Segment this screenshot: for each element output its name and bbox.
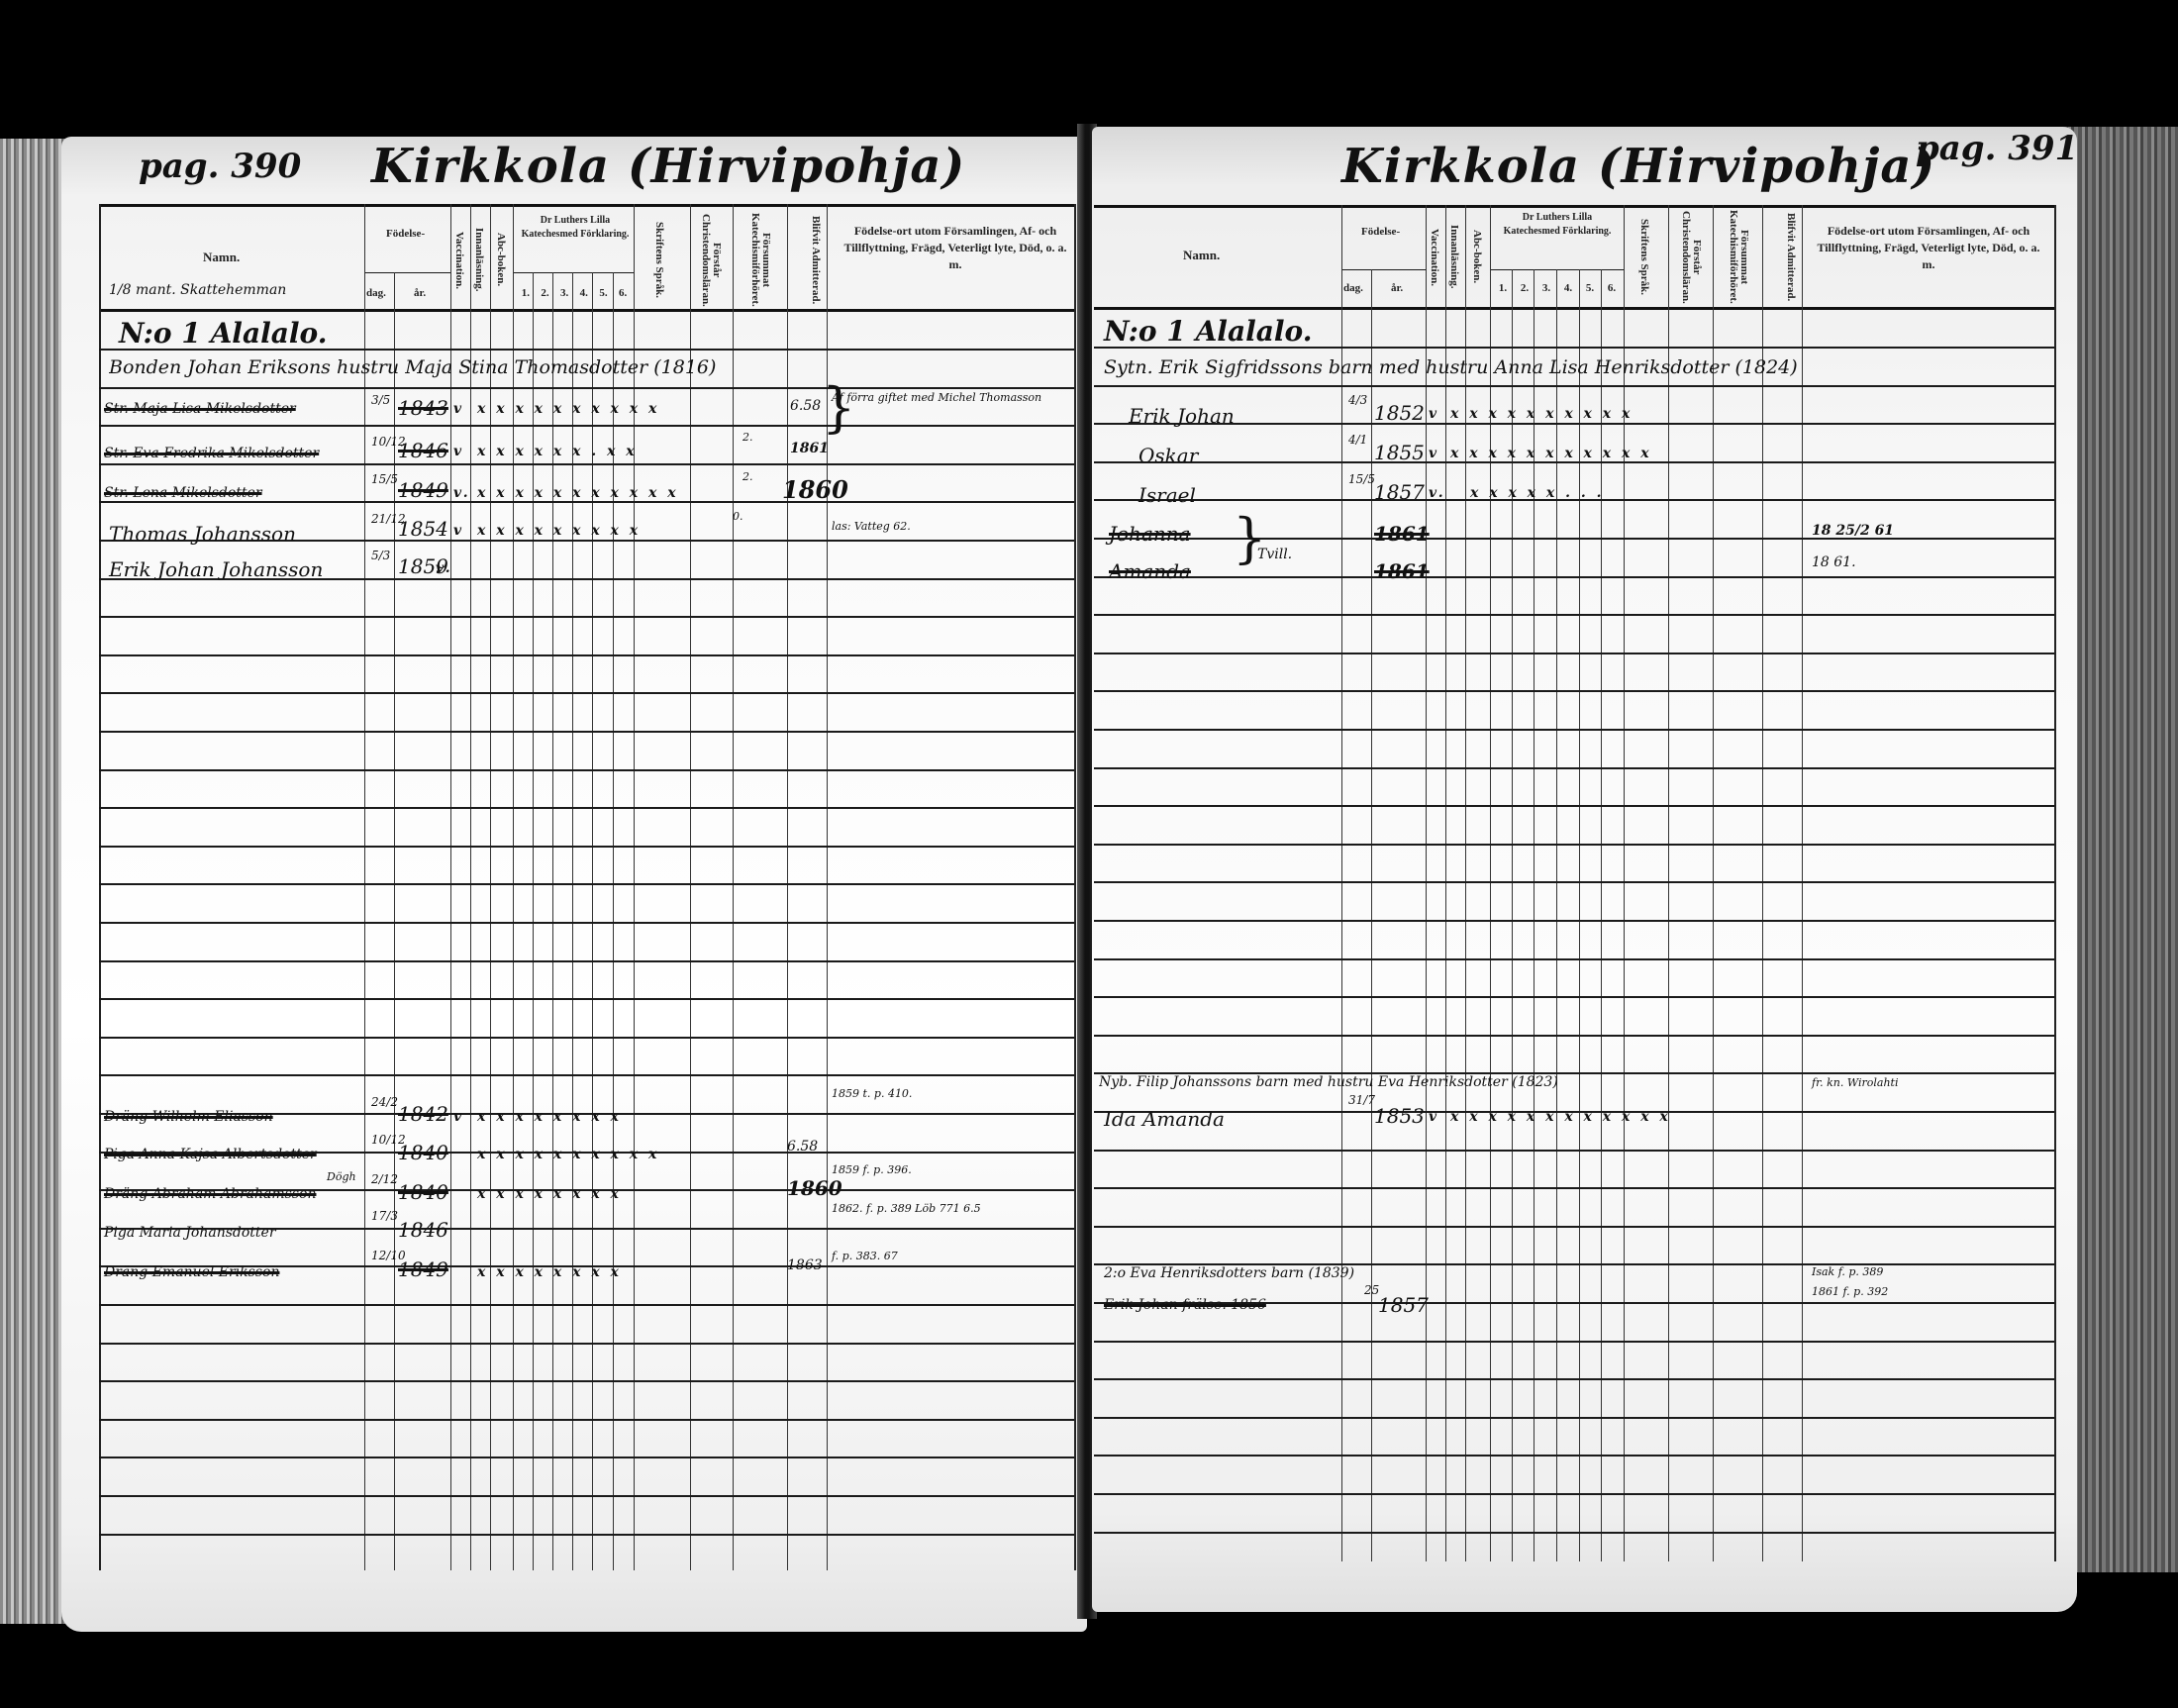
column-header-birth: Födelse- (1361, 226, 1400, 238)
remarks: f. p. 383. 67 (832, 1250, 898, 1262)
household-head-right-3: 2:o Eva Henriksdotters barn (1839) (1104, 1265, 1354, 1281)
row-rule (99, 425, 1074, 427)
column-header-vaccination: Vaccination. (1429, 210, 1439, 304)
column-header-name: Namn. (203, 250, 240, 265)
row-rule (1094, 844, 2054, 846)
birth-year: 1843 (398, 396, 448, 420)
header-top-rule (1094, 205, 2054, 208)
birth-sub-rule (364, 272, 450, 273)
birth-year: 1846 (398, 1218, 448, 1242)
column-header-admitted: Blifvit Admitterad. (797, 213, 821, 307)
column-header-scripture: Skriftens Språk. (653, 213, 664, 307)
row-rule (1094, 805, 2054, 807)
catechism-marks: x x x x x x x x (477, 1186, 622, 1202)
person-name: Erik Johan frälse. 1856 (1104, 1297, 1266, 1313)
vaccination-mark: v (1429, 1109, 1439, 1125)
col-rule (470, 204, 471, 1570)
left-table-border (99, 204, 101, 1570)
column-header-remarks: Födelse-ort utom Församlingen, Af- och T… (1810, 223, 2047, 273)
right-page (1092, 127, 2077, 1612)
catechism-marks: x x x x x x x x (477, 1109, 622, 1125)
row-rule (1094, 385, 2054, 387)
vaccination-mark: v (453, 523, 464, 539)
section-title-right: N:o 1 Alalalo. (1104, 315, 1312, 348)
birth-year: 1861 (1374, 559, 1430, 583)
row-rule (1094, 1493, 2054, 1495)
catechism-col-2: 2. (541, 287, 548, 299)
row-rule (99, 387, 1074, 389)
vaccination-mark: v. (1429, 485, 1446, 501)
person-name: Johanna (1109, 522, 1191, 546)
row-rule (99, 1495, 1074, 1497)
understands-value: 2. (742, 470, 753, 483)
catechism-col-6: 6. (619, 287, 627, 299)
row-rule (99, 846, 1074, 848)
row-rule (99, 654, 1074, 656)
column-header-admitted: Blifvit Admitterad. (1772, 210, 1796, 304)
remarks: 1861 f. p. 392 (1812, 1285, 1888, 1298)
row-rule (99, 1419, 1074, 1421)
birth-year: 1852 (1374, 401, 1425, 425)
catechism-marks: x x x x x . . . (1470, 485, 1604, 501)
row-rule (1094, 996, 2054, 998)
row-rule (1094, 423, 2054, 425)
household-head-right-2: Nyb. Filip Johanssons barn med hustru Ev… (1099, 1074, 1812, 1090)
column-header-catechism: Dr Luthers Lilla Katechesmed Förklaring. (1493, 211, 1622, 239)
col-rule (450, 204, 451, 1570)
remarks: las: Vatteg 62. (832, 520, 911, 533)
admitted-year: 1861 (790, 441, 829, 456)
vaccination-mark: v. (436, 560, 453, 576)
column-header-neglected: Försummat Katechismiförhöret. (747, 213, 771, 307)
birth-day: 4/1 (1348, 434, 1367, 447)
birth-sub-rule (1341, 269, 1426, 270)
birth-year: 1840 (398, 1141, 448, 1164)
admitted-year: 1863 (787, 1257, 823, 1273)
catechism-col-2: 2. (1521, 282, 1529, 294)
person-name: Dräng Abraham Abrahamsson (104, 1186, 316, 1202)
birth-year: 1842 (398, 1102, 448, 1126)
person-name: Str. Lena Mikelsdotter (104, 485, 262, 501)
birth-day: 31/7 (1348, 1094, 1375, 1107)
catechism-marks: x x x x x x x x x (477, 523, 641, 539)
catechism-col-4: 4. (1564, 282, 1572, 294)
row-rule (1094, 1187, 2054, 1189)
catechism-col-5: 5. (1586, 282, 1594, 294)
column-header-abc: Abc-boken. (495, 213, 506, 307)
person-name: Thomas Johansson (109, 522, 296, 546)
row-rule (1094, 576, 2054, 578)
column-header-name-note: 1/8 mant. Skattehemman (109, 282, 286, 298)
row-rule (1094, 1532, 2054, 1534)
row-rule (99, 769, 1074, 771)
person-name: Dräng Wilhelm Eliasson (104, 1109, 273, 1125)
remarks: 1859 t. p. 410. (832, 1087, 912, 1100)
twins-note: Tvill. (1257, 547, 1292, 562)
column-header-birth: Födelse- (386, 228, 425, 240)
bracket-mark: } (822, 376, 855, 439)
household-head-right: Sytn. Erik Sigfridssons barn med hustru … (1104, 356, 2049, 378)
row-rule (1094, 690, 2054, 692)
birth-year: 1861 (1374, 522, 1430, 546)
remarks: 18 61. (1812, 554, 1856, 570)
birth-year: 1855 (1374, 441, 1425, 464)
catechism-marks: x x x x x x x x x x x (477, 485, 679, 501)
catechism-col-1: 1. (1499, 282, 1507, 294)
remarks: Isak f. p. 389 (1812, 1265, 1883, 1278)
remarks: 18 25/2 61 (1812, 523, 1894, 539)
birth-day: 4/3 (1348, 394, 1367, 407)
row-rule (99, 731, 1074, 733)
row-rule (99, 1037, 1074, 1039)
birth-day: 5/3 (371, 550, 390, 562)
row-rule (99, 501, 1074, 503)
column-header-reading: Innanläsning. (473, 213, 484, 307)
row-rule (99, 960, 1074, 962)
book-page-edges-right (2064, 127, 2178, 1572)
header-bottom-rule (1094, 307, 2054, 310)
household-head-left: Bonden Johan Eriksons hustru Maja Stina … (109, 356, 822, 378)
admitted-year: 6.58 (787, 1139, 818, 1155)
birth-year: 1840 (398, 1180, 448, 1204)
section-title-left: N:o 1 Alalalo. (119, 317, 327, 350)
catechism-col-4: 4. (580, 287, 588, 299)
birth-year: 1849 (398, 478, 448, 502)
person-name: Dräng Emanuel Eriksson (104, 1264, 279, 1280)
birth-day: 15/5 (371, 473, 398, 486)
row-rule (99, 1380, 1074, 1382)
birth-day: 3/5 (371, 394, 390, 407)
birth-year: 1846 (398, 439, 448, 462)
row-rule (1094, 881, 2054, 883)
birth-day: 17/3 (371, 1210, 398, 1223)
birth-day: 2/12 (371, 1173, 398, 1186)
row-rule (99, 692, 1074, 694)
column-header-abc: Abc-boken. (1471, 210, 1482, 304)
remarks: 1859 f. p. 396. (832, 1163, 912, 1176)
row-rule (99, 922, 1074, 924)
row-rule (1094, 1378, 2054, 1380)
admitted-year: 1860 (787, 1176, 842, 1200)
column-header-birth-day: dag. (1343, 282, 1363, 294)
birth-year: 1854 (398, 517, 448, 541)
right-table-right-border (2054, 205, 2056, 1561)
catechism-col-1: 1. (522, 287, 530, 299)
catechism-col-3: 3. (560, 287, 568, 299)
row-rule (1094, 1341, 2054, 1343)
person-name: Oskar (1138, 444, 1198, 467)
header-bottom-rule (99, 309, 1074, 312)
row-rule (99, 1074, 1074, 1076)
row-rule (1094, 729, 2054, 731)
catechism-col-6: 6. (1608, 282, 1616, 294)
understands-value: 0. (733, 510, 743, 523)
row-rule (99, 616, 1074, 618)
row-rule (1094, 1035, 2054, 1037)
row-rule (99, 998, 1074, 1000)
catechism-marks: x x x x x x x x x x x x (1450, 1109, 1671, 1125)
row-rule (99, 463, 1074, 465)
person-name: Erik Johan (1129, 404, 1235, 428)
catechism-marks: x x x x x x x x (477, 1264, 622, 1280)
row-rule (1094, 1226, 2054, 1228)
birth-year: 1857 (1374, 480, 1425, 504)
vaccination-mark: v (453, 444, 464, 459)
row-rule (1094, 1417, 2054, 1419)
birth-year: 1849 (398, 1257, 448, 1281)
person-name: Str. Maja Lisa Mikelsdotter (104, 401, 296, 417)
row-rule (1094, 920, 2054, 922)
person-name: Str. Eva Fredrika Mikelsdotter (104, 446, 319, 461)
row-rule (99, 883, 1074, 885)
remarks: 1862. f. p. 389 Löb 771 6.5 (832, 1201, 1030, 1216)
row-rule (99, 1534, 1074, 1536)
page-number-left: pag. 390 (139, 147, 301, 186)
person-name: Erik Johan Johansson (109, 557, 323, 581)
person-name: Ida Amanda (1104, 1107, 1225, 1131)
column-header-scripture: Skriftens Språk. (1638, 210, 1649, 304)
page-title-right: Kirkkola (Hirvipohja) (1341, 139, 1935, 194)
vaccination-mark: v. (453, 485, 471, 501)
catechism-sub-rule (513, 272, 634, 273)
row-rule (1094, 1150, 2054, 1152)
birth-day: 15/5 (1348, 473, 1375, 486)
column-header-name: Namn. (1183, 248, 1220, 263)
column-header-reading: Innanläsning. (1448, 210, 1459, 304)
catechism-col-3: 3. (1542, 282, 1550, 294)
admitted-year: 1860 (782, 475, 848, 504)
row-rule (1094, 653, 2054, 654)
birth-day: 24/2 (371, 1096, 398, 1109)
row-rule (99, 1457, 1074, 1458)
row-rule (99, 1304, 1074, 1306)
person-name: Israel (1138, 483, 1196, 507)
col-rule (690, 204, 691, 1570)
column-header-neglected: Försummat Katechismiförhöret. (1726, 210, 1749, 304)
column-header-birth-year: år. (1391, 282, 1403, 294)
vaccination-mark: v (1429, 446, 1439, 461)
birth-year: 1853 (1374, 1104, 1425, 1128)
row-rule (1094, 767, 2054, 769)
catechism-marks: x x x x x x x x x x x (1450, 446, 1652, 461)
row-rule (1094, 958, 2054, 960)
column-header-catechism: Dr Luthers Lilla Katechesmed Förklaring. (517, 214, 634, 242)
row-rule (99, 807, 1074, 809)
understands-value: 2. (742, 431, 753, 444)
person-name: Piga Maria Johansdotter (104, 1225, 276, 1241)
catechism-marks: x x x x x x x x x x (477, 401, 659, 417)
row-rule (1094, 1455, 2054, 1457)
catechism-marks: x x x x x x x x x x (1450, 406, 1633, 422)
column-header-vaccination: Vaccination. (453, 213, 464, 307)
column-header-birth-day: dag. (366, 287, 386, 299)
birth-day: 25 (1364, 1284, 1379, 1297)
page-title-left: Kirkkola (Hirvipohja) (371, 139, 965, 194)
left-table-right-border (1074, 204, 1076, 1570)
column-header-understands: Förstår Christendomsläran. (698, 213, 722, 307)
col-rule (787, 204, 788, 1570)
person-note: Dögh (327, 1170, 356, 1183)
remarks: fr. kn. Wirolahti (1812, 1076, 1898, 1089)
col-rule (364, 204, 365, 1570)
vaccination-mark: v (1429, 406, 1439, 422)
catechism-marks: x x x x x x . x x (477, 444, 638, 459)
row-rule (1094, 614, 2054, 616)
row-rule (1094, 461, 2054, 463)
admitted-year: 6.58 (790, 398, 821, 414)
birth-year: 1857 (1378, 1293, 1429, 1317)
vaccination-mark: v (453, 401, 464, 417)
catechism-marks: x x x x x x x x x x (477, 1147, 659, 1162)
column-header-birth-year: år. (414, 287, 426, 299)
row-rule (99, 1343, 1074, 1345)
page-number-right: pag. 391 (1916, 129, 2078, 168)
column-header-understands: Förstår Christendomsläran. (1678, 210, 1702, 304)
catechism-col-5: 5. (599, 287, 607, 299)
vaccination-mark: v (453, 1109, 464, 1125)
remarks: Af förra giftet med Michel Thomasson (832, 391, 1041, 404)
header-top-rule (99, 204, 1074, 207)
column-header-remarks: Födelse-ort utom Församlingen, Af- och T… (837, 223, 1074, 273)
person-name: Amanda (1109, 559, 1191, 583)
person-name: Piga Anna Kajsa Albertsdotter (104, 1147, 317, 1162)
col-rule (733, 204, 734, 1570)
